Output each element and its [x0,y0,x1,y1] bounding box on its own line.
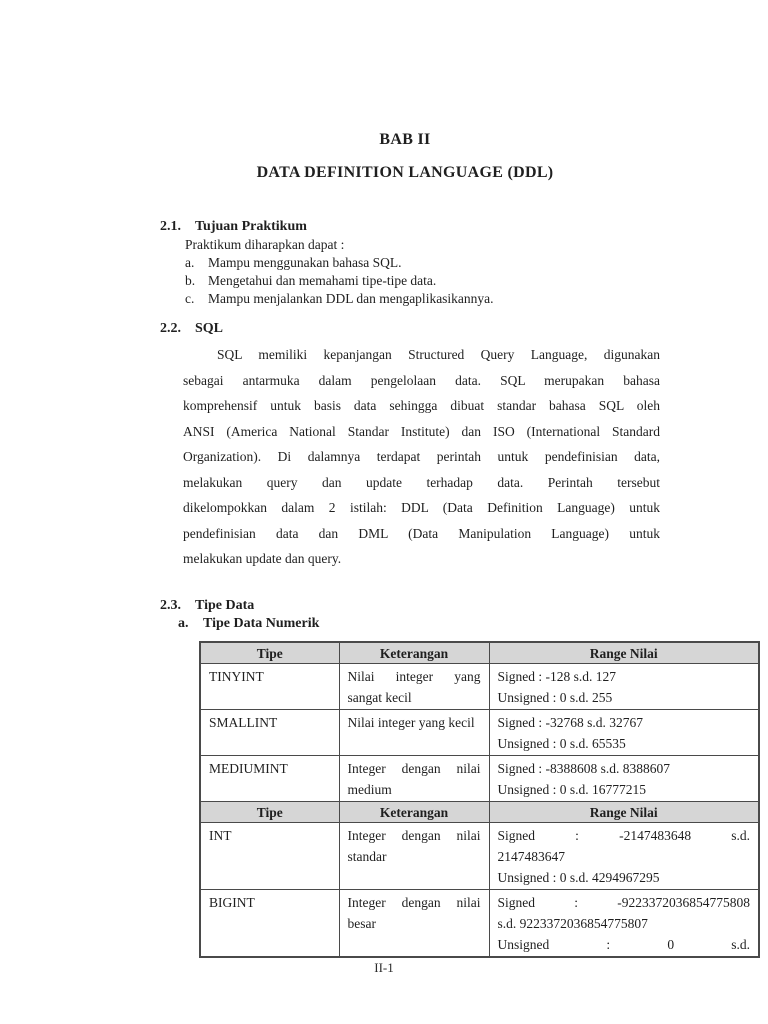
section-number: 2.2. [160,320,195,337]
cell-keterangan: Nilai integer yang kecil [339,710,489,756]
cell-range: Signed : -2147483648 s.d. 2147483647 Uns… [489,823,759,890]
table-row: SMALLINT Nilai integer yang kecil Signed… [200,710,759,756]
paragraph-line: pendefinisian data dan DML (Data Manipul… [183,521,660,547]
paragraph-line: Organization). Di dalamnya terdapat peri… [183,444,660,470]
cell-range: Signed : -128 s.d. 127 Unsigned : 0 s.d.… [489,664,759,710]
chapter-title: DATA DEFINITION LANGUAGE (DDL) [150,163,660,183]
section-2-1-heading: 2.1. Tujuan Praktikum [160,218,660,235]
cell-keterangan: Integer dengan nilai standar [339,823,489,890]
paragraph-line: dikelompokkan dalam 2 istilah: DDL (Data… [183,495,660,521]
document-page: BAB II DATA DEFINITION LANGUAGE (DDL) 2.… [0,0,768,1024]
section-2-3-heading: 2.3. Tipe Data [160,597,660,614]
table-row: INT Integer dengan nilai standar Signed … [200,823,759,890]
objective-label: a. [185,254,208,272]
section-2-1: 2.1. Tujuan Praktikum Praktikum diharapk… [160,218,660,307]
cell-tipe: MEDIUMINT [200,756,339,802]
section-title: SQL [195,320,223,337]
objective-text: Mengetahui dan memahami tipe-tipe data. [208,272,436,290]
header-tipe: Tipe [200,642,339,664]
paragraph-line: komprehensif untuk basis data sehingga d… [183,393,660,419]
header-range-nilai: Range Nilai [489,642,759,664]
cell-keterangan: Nilai integer yang sangat kecil [339,664,489,710]
cell-tipe: INT [200,823,339,890]
subsection-label: a. [178,615,203,632]
section-number: 2.3. [160,597,195,614]
cell-range: Signed : -32768 s.d. 32767 Unsigned : 0 … [489,710,759,756]
cell-range: Signed : -9223372036854775808 s.d. 92233… [489,890,759,958]
header-keterangan: Keterangan [339,802,489,823]
page-number: II-1 [0,960,768,976]
chapter-number: BAB II [150,130,660,150]
objectives-intro: Praktikum diharapkan dapat : [185,236,660,254]
table-row: TINYINT Nilai integer yang sangat kecil … [200,664,759,710]
cell-keterangan: Integer dengan nilai besar [339,890,489,958]
objective-item: b. Mengetahui dan memahami tipe-tipe dat… [185,272,660,290]
cell-tipe: BIGINT [200,890,339,958]
paragraph-line: melakukan query dan update terhadap data… [183,470,660,496]
objective-text: Mampu menjalankan DDL dan mengaplikasika… [208,290,494,308]
paragraph-line: melakukan update dan query. [183,546,660,572]
section-2-2-heading: 2.2. SQL [160,320,660,337]
cell-tipe: SMALLINT [200,710,339,756]
objective-text: Mampu menggunakan bahasa SQL. [208,254,401,272]
header-tipe: Tipe [200,802,339,823]
header-keterangan: Keterangan [339,642,489,664]
chapter-title-block: BAB II DATA DEFINITION LANGUAGE (DDL) [150,130,660,183]
objective-item: a. Mampu menggunakan bahasa SQL. [185,254,660,272]
section-2-3: 2.3. Tipe Data a. Tipe Data Numerik [160,597,660,632]
sql-paragraph: SQL memiliki kepanjangan Structured Quer… [183,342,660,572]
cell-tipe: TINYINT [200,664,339,710]
paragraph-line: ANSI (America National Standar Institute… [183,419,660,445]
cell-range: Signed : -8388608 s.d. 8388607 Unsigned … [489,756,759,802]
paragraph-line: sebagai antarmuka dalam pengelolaan data… [183,368,660,394]
objective-label: c. [185,290,208,308]
subsection-heading: a. Tipe Data Numerik [178,615,660,632]
objective-item: c. Mampu menjalankan DDL dan mengaplikas… [185,290,660,308]
table-row: MEDIUMINT Integer dengan nilai medium Si… [200,756,759,802]
cell-keterangan: Integer dengan nilai medium [339,756,489,802]
objective-label: b. [185,272,208,290]
table-header-row-repeat: Tipe Keterangan Range Nilai [200,802,759,823]
numeric-types-table: Tipe Keterangan Range Nilai TINYINT Nila… [199,641,760,958]
table-row: BIGINT Integer dengan nilai besar Signed… [200,890,759,958]
subsection-title: Tipe Data Numerik [203,615,319,632]
table-header-row: Tipe Keterangan Range Nilai [200,642,759,664]
section-title: Tipe Data [195,597,254,614]
section-title: Tujuan Praktikum [195,218,307,235]
paragraph-line: SQL memiliki kepanjangan Structured Quer… [183,342,660,368]
section-number: 2.1. [160,218,195,235]
header-range-nilai: Range Nilai [489,802,759,823]
